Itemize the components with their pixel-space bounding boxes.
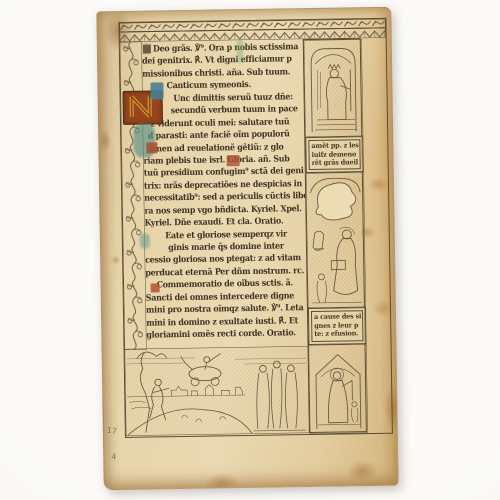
rubric-initial-red [146,142,157,153]
woodcut-standing-saint [309,344,368,434]
right-margin-column: amẽt pp. z les iuifz demeno rẽt grãs due… [303,38,367,433]
caption-line: te: z efusion. [314,329,363,338]
woodcut-bottom-landscape [125,346,310,436]
manuscript-leaf: Deo grãs. ℣⁹. Ora p nobis sctissima dei … [96,7,398,491]
caption-line: rẽt grãs dueil [312,158,361,167]
photo-background: Deo grãs. ℣⁹. Ora p nobis sctissima dei … [0,0,500,500]
woodcut-seated-king [304,39,364,137]
caption-box-bottom: a cause des si gnes z leur p te: z efusi… [308,307,367,345]
painted-paragraph-mark-blue [150,82,163,99]
rubric-initial-red [227,155,240,166]
main-text-block: Deo grãs. ℣⁹. Ora p nobis sctissima dei … [142,39,308,349]
text-line: gloriamini omẽs recti corde. Oratio. [146,327,296,342]
caption-box-top: amẽt pp. z les iuifz demeno rẽt grãs due… [305,136,364,173]
rubric-paragraph-mark-red [151,283,160,292]
pencil-note: 4 [111,452,117,461]
paint-smudge-green [237,39,243,63]
printed-initial-ornament-icon [142,43,151,53]
paint-smudge-teal [140,234,150,249]
pencil-note: 17 [106,425,117,435]
woodcut-seated-figure-rock [306,172,366,308]
